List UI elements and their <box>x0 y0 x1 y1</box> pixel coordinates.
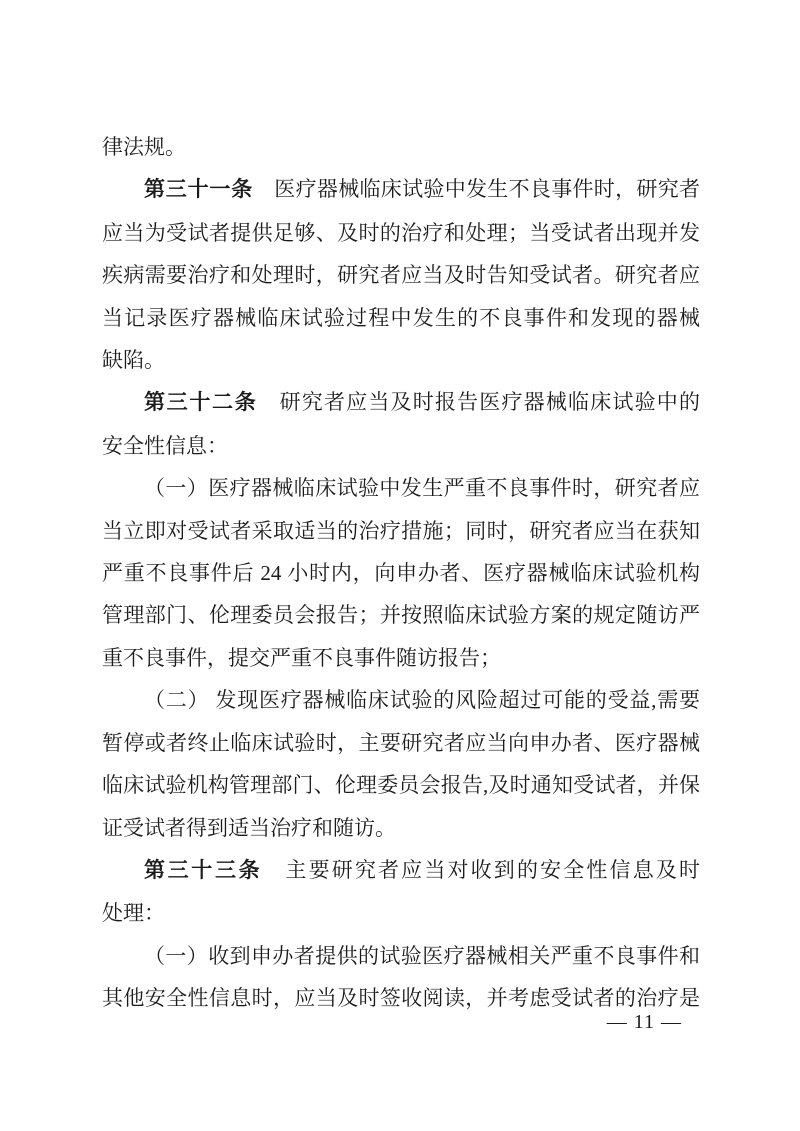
page-number-label: — 11 — <box>607 1011 682 1033</box>
article-number: 第三十三条 <box>144 859 262 882</box>
text-line: 临床试验机构管理部门、伦理委员会报告,及时通知受试者，并保 <box>102 764 700 806</box>
text-line: 当立即对受试者采取适当的治疗措施；同时，研究者应当在获知 <box>102 510 700 552</box>
article-number: 第三十二条 <box>144 391 257 414</box>
text-line: 重不良事件，提交严重不良事件随访报告； <box>102 637 700 679</box>
line-text: 管理部门、伦理委员会报告；并按照临床试验方案的规定随访严 <box>102 603 700 627</box>
document-page: 律法规。第三十一条 医疗器械临床试验中发生不良事件时，研究者应当为受试者提供足够… <box>0 0 800 1131</box>
line-text: 疾病需要治疗和处理时，研究者应当及时告知受试者。研究者应 <box>102 263 700 287</box>
article-number: 第三十一条 <box>144 178 253 201</box>
line-text: 暂停或者终止临床试验时，主要研究者应当向申办者、医疗器械 <box>102 731 700 755</box>
text-line: 疾病需要治疗和处理时，研究者应当及时告知受试者。研究者应 <box>102 254 700 296</box>
line-text: 临床试验机构管理部门、伦理委员会报告,及时通知受试者，并保 <box>102 773 700 797</box>
text-line: 管理部门、伦理委员会报告；并按照临床试验方案的规定随访严 <box>102 594 700 636</box>
line-text: 其他安全性信息时，应当及时签收阅读，并考虑受试者的治疗是 <box>102 986 700 1010</box>
text-line: 应当为受试者提供足够、及时的治疗和处理；当受试者出现并发 <box>102 212 700 254</box>
line-text: 严重不良事件后 24 小时内，向申办者、医疗器械临床试验机构 <box>102 561 700 585</box>
text-line: 第三十二条 研究者应当及时报告医疗器械临床试验中的 <box>102 381 700 424</box>
line-text: 医疗器械临床试验中发生不良事件时，研究者 <box>253 177 700 201</box>
text-line: 暂停或者终止临床试验时，主要研究者应当向申办者、医疗器械 <box>102 722 700 764</box>
document-body: 律法规。第三十一条 医疗器械临床试验中发生不良事件时，研究者应当为受试者提供足够… <box>102 126 700 1020</box>
line-text: 安全性信息： <box>102 434 228 458</box>
text-line: 缺陷。 <box>102 339 700 381</box>
page-number: — 11 — <box>607 1008 682 1036</box>
text-line: 当记录医疗器械临床试验过程中发生的不良事件和发现的器械 <box>102 297 700 339</box>
text-line: 处理： <box>102 892 700 934</box>
line-text: 研究者应当及时报告医疗器械临床试验中的 <box>257 390 700 414</box>
line-text: 律法规。 <box>102 135 186 159</box>
text-line: 安全性信息： <box>102 425 700 467</box>
line-text: 主要研究者应当对收到的安全性信息及时 <box>262 858 700 882</box>
line-text: 重不良事件，提交严重不良事件随访报告； <box>102 646 501 670</box>
line-text: 应当为受试者提供足够、及时的治疗和处理；当受试者出现并发 <box>102 221 700 245</box>
line-text: 缺陷。 <box>102 348 165 372</box>
line-text: 当记录医疗器械临床试验过程中发生的不良事件和发现的器械 <box>102 306 700 330</box>
text-line: 第三十三条 主要研究者应当对收到的安全性信息及时 <box>102 849 700 892</box>
line-text: （一）收到申办者提供的试验医疗器械相关严重不良事件和 <box>144 944 700 968</box>
text-line: 律法规。 <box>102 126 700 168</box>
line-text: 处理： <box>102 901 165 925</box>
text-line: （一）收到申办者提供的试验医疗器械相关严重不良事件和 <box>102 935 700 977</box>
line-text: （二） 发现医疗器械临床试验的风险超过可能的受益,需要 <box>144 688 700 712</box>
line-text: （一）医疗器械临床试验中发生严重不良事件时，研究者应 <box>144 476 700 500</box>
text-line: （二） 发现医疗器械临床试验的风险超过可能的受益,需要 <box>102 679 700 721</box>
text-line: 严重不良事件后 24 小时内，向申办者、医疗器械临床试验机构 <box>102 552 700 594</box>
text-line: 第三十一条 医疗器械临床试验中发生不良事件时，研究者 <box>102 168 700 211</box>
text-line: （一）医疗器械临床试验中发生严重不良事件时，研究者应 <box>102 467 700 509</box>
line-text: 证受试者得到适当治疗和随访。 <box>102 816 396 840</box>
line-text: 当立即对受试者采取适当的治疗措施；同时，研究者应当在获知 <box>102 519 700 543</box>
text-line: 证受试者得到适当治疗和随访。 <box>102 807 700 849</box>
